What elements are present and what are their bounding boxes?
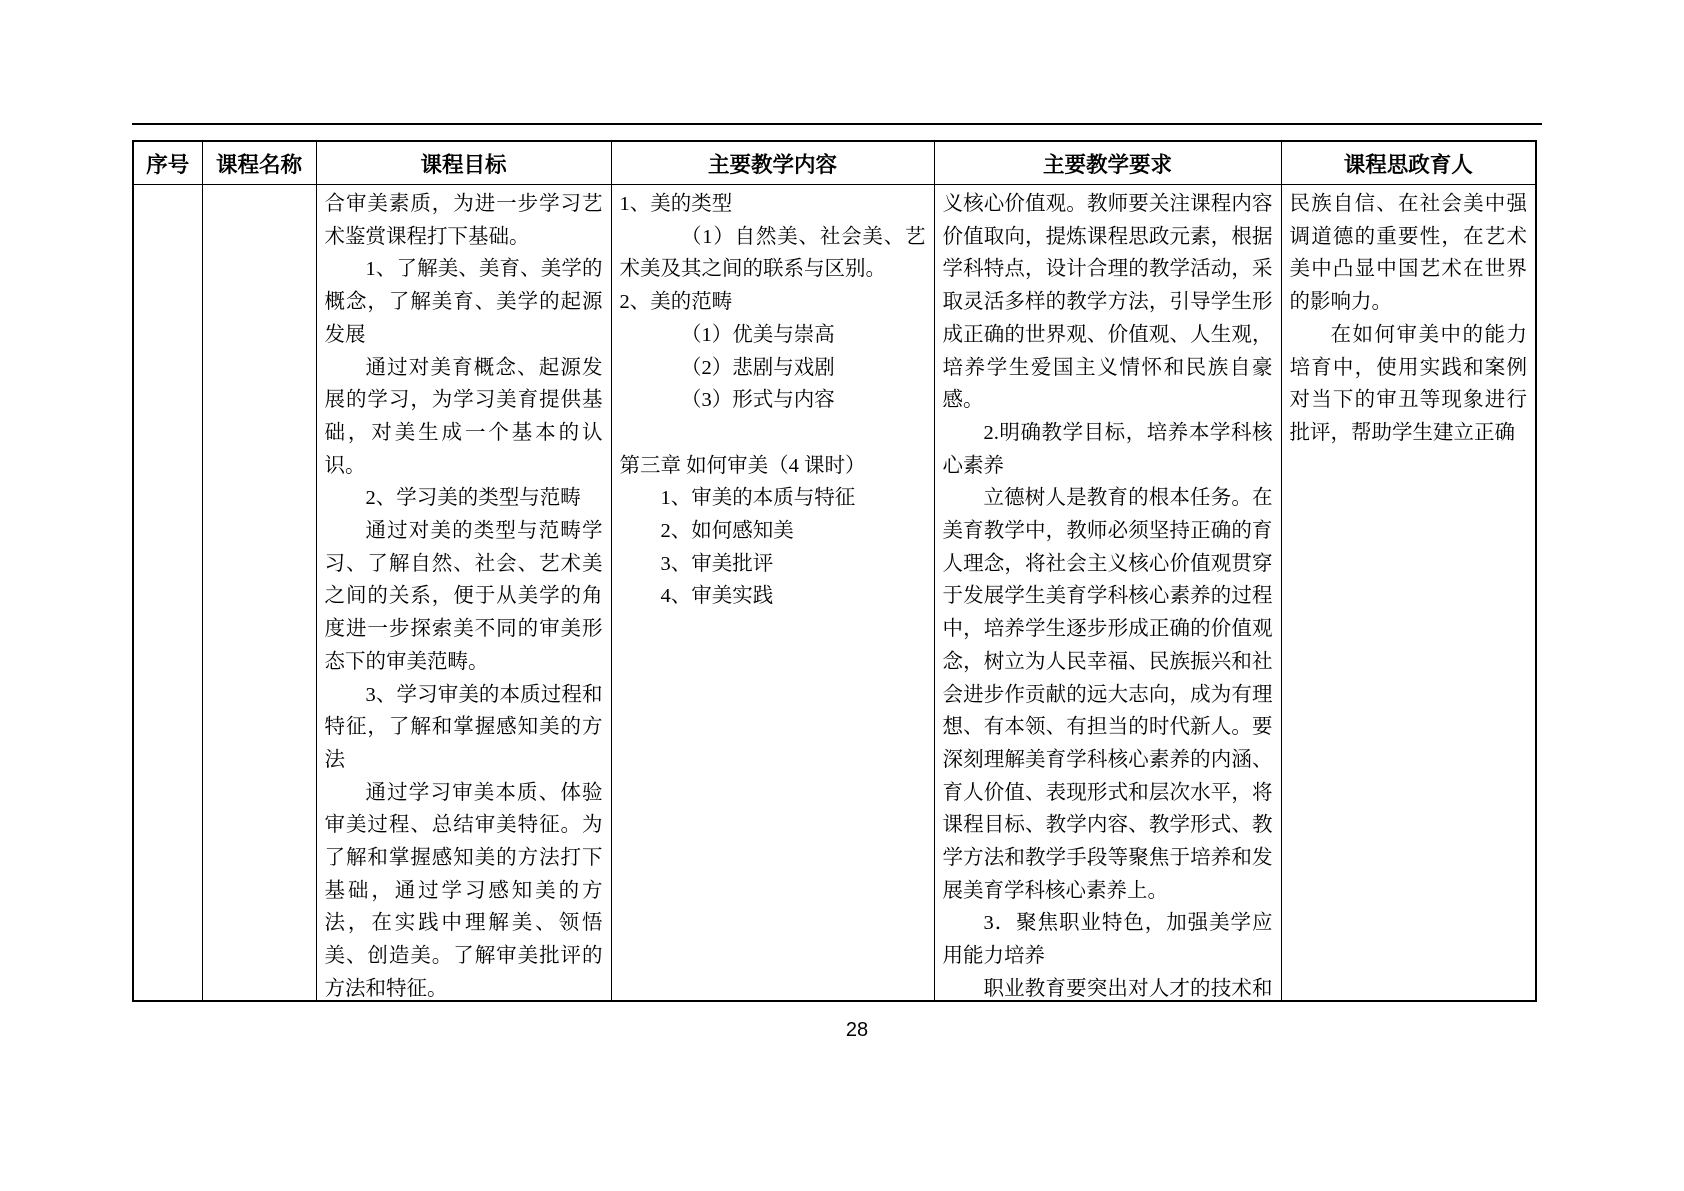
header-teaching-content: 主要教学内容 [611, 141, 934, 185]
cell-serial-number [133, 185, 202, 1002]
paragraph: 1、了解美、美育、美学的概念，了解美育、美学的起源发展 [325, 253, 603, 351]
table-body-row: 合审美素质，为进一步学习艺术鉴赏课程打下基础。1、了解美、美育、美学的概念，了解… [133, 185, 1536, 1002]
course-objectives-text: 合审美素质，为进一步学习艺术鉴赏课程打下基础。1、了解美、美育、美学的概念，了解… [325, 188, 603, 1000]
teaching-requirements-text: 义核心价值观。教师要关注课程内容价值取向，提炼课程思政元素，根据学科特点，设计合… [943, 188, 1273, 1000]
paragraph: 通过学习审美本质、体验审美过程、总结审美特征。为了解和掌握感知美的方法打下基础，… [325, 777, 603, 1000]
paragraph: （1）优美与崇高 [620, 319, 926, 352]
header-serial-number: 序号 [133, 141, 202, 185]
table-header-row: 序号 课程名称 课程目标 主要教学内容 主要教学要求 课程思政育人 [133, 141, 1536, 185]
paragraph: 3、审美批评 [620, 548, 926, 581]
paragraph: 4、审美实践 [620, 580, 926, 613]
cell-course-name [202, 185, 316, 1002]
document-page: 序号 课程名称 课程目标 主要教学内容 主要教学要求 课程思政育人 合审美素质，… [0, 0, 1684, 1191]
paragraph: 通过对美的类型与范畴学习、了解自然、社会、艺术美之间的关系，便于从美学的角度进一… [325, 515, 603, 679]
paragraph: 通过对美育概念、起源发展的学习，为学习美育提供基础，对美生成一个基本的认识。 [325, 352, 603, 483]
cell-course-objectives: 合审美素质，为进一步学习艺术鉴赏课程打下基础。1、了解美、美育、美学的概念，了解… [316, 185, 611, 1002]
paragraph: 民族自信、在社会美中强调道德的重要性，在艺术美中凸显中国艺术在世界的影响力。 [1290, 188, 1528, 319]
paragraph: 合审美素质，为进一步学习艺术鉴赏课程打下基础。 [325, 188, 603, 253]
paragraph: 第三章 如何审美（4 课时） [620, 450, 926, 483]
header-teaching-requirements: 主要教学要求 [934, 141, 1281, 185]
header-course-objectives: 课程目标 [316, 141, 611, 185]
paragraph: 2、学习美的类型与范畴 [325, 482, 603, 515]
teaching-content-text: 1、美的类型（1）自然美、社会美、艺术美及其之间的联系与区别。2、美的范畴（1）… [620, 188, 926, 613]
cell-ideology-education: 民族自信、在社会美中强调道德的重要性，在艺术美中凸显中国艺术在世界的影响力。在如… [1281, 185, 1536, 1002]
ideology-education-text: 民族自信、在社会美中强调道德的重要性，在艺术美中凸显中国艺术在世界的影响力。在如… [1290, 188, 1528, 450]
header-rule-divider [132, 123, 1542, 125]
paragraph: 在如何审美中的能力培育中，使用实践和案例对当下的审丑等现象进行批评，帮助学生建立… [1290, 319, 1528, 450]
paragraph: 义核心价值观。教师要关注课程内容价值取向，提炼课程思政元素，根据学科特点，设计合… [943, 188, 1273, 417]
course-syllabus-table: 序号 课程名称 课程目标 主要教学内容 主要教学要求 课程思政育人 合审美素质，… [132, 140, 1537, 1002]
paragraph [620, 417, 926, 450]
paragraph: 1、美的类型 [620, 188, 926, 221]
paragraph: 2、如何感知美 [620, 515, 926, 548]
header-ideology-education: 课程思政育人 [1281, 141, 1536, 185]
paragraph: 2、美的范畴 [620, 286, 926, 319]
paragraph: （1）自然美、社会美、艺术美及其之间的联系与区别。 [620, 221, 926, 286]
paragraph: 2.明确教学目标，培养本学科核心素养 [943, 417, 1273, 482]
paragraph: 1、审美的本质与特征 [620, 482, 926, 515]
page-number: 28 [846, 1019, 868, 1042]
cell-teaching-content: 1、美的类型（1）自然美、社会美、艺术美及其之间的联系与区别。2、美的范畴（1）… [611, 185, 934, 1002]
paragraph: （3）形式与内容 [620, 384, 926, 417]
paragraph: 3、学习审美的本质过程和特征，了解和掌握感知美的方法 [325, 679, 603, 777]
paragraph: （2）悲剧与戏剧 [620, 352, 926, 385]
cell-teaching-requirements: 义核心价值观。教师要关注课程内容价值取向，提炼课程思政元素，根据学科特点，设计合… [934, 185, 1281, 1002]
header-course-name: 课程名称 [202, 141, 316, 185]
paragraph: 职业教育要突出对人才的技术和技能的培养，这是职业教育的培养 [943, 973, 1273, 1000]
paragraph: 立德树人是教育的根本任务。在美育教学中，教师必须坚持正确的育人理念，将社会主义核… [943, 482, 1273, 907]
paragraph: 3．聚焦职业特色，加强美学应用能力培养 [943, 907, 1273, 972]
